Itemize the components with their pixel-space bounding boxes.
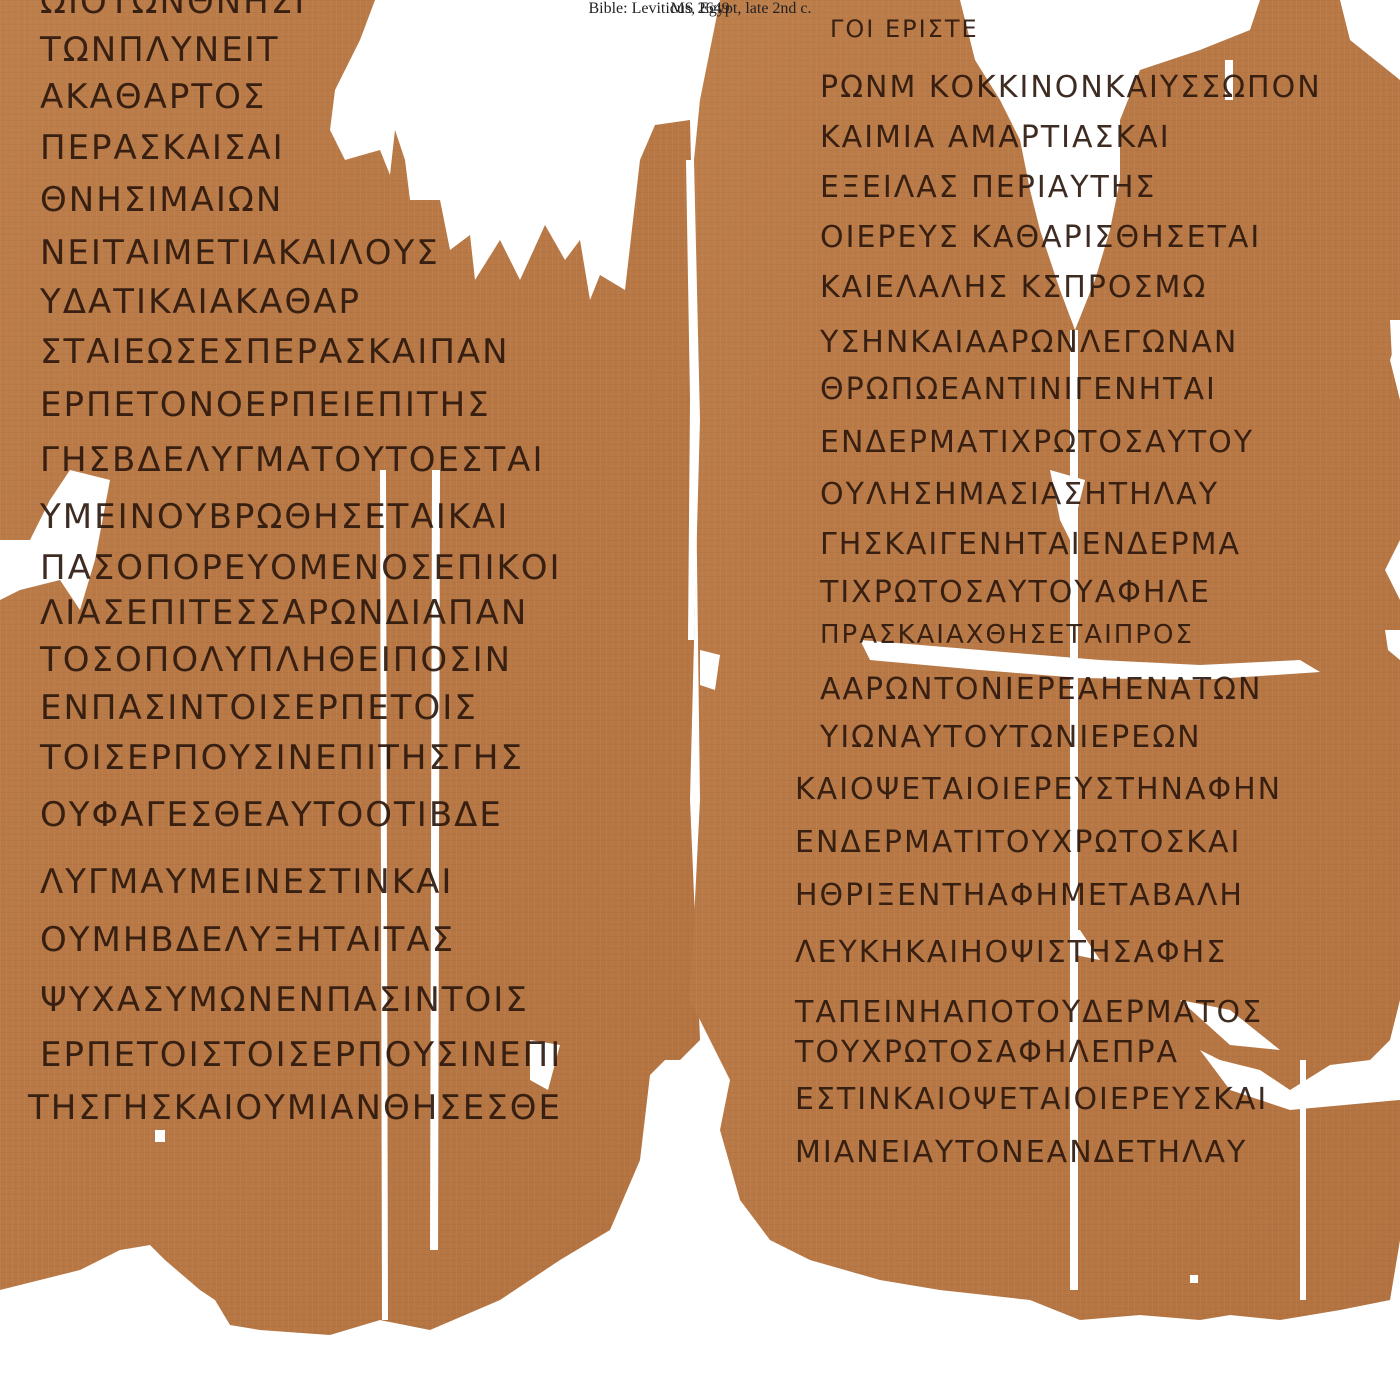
text-line: ΚΑΙΕΛΑΛΗΣ ΚΣΠΡΟΣΜΩ: [820, 270, 1207, 305]
text-line: ΥΙΩΝΑΥΤΟΥΤΩΝΙΕΡΕΩΝ: [820, 720, 1202, 755]
text-line: ΓΗΣΚΑΙΓΕΝΗΤΑΙΕΝΔΕΡΜΑ: [820, 527, 1241, 562]
text-line: ΥΜΕΙΝΟΥΒΡΩΘΗΣΕΤΑΙΚΑΙ: [40, 497, 509, 537]
text-line: ΕΝΔΕΡΜΑΤΙΤΟΥΧΡΩΤΟΣΚΑΙ: [795, 825, 1241, 860]
text-line: ΟΥΛΗΣΗΜΑΣΙΑΣΗΤΗΛΑΥ: [820, 477, 1219, 512]
text-line: ΟΥΜΗΒΔΕΛΥΞΗΤΑΙΤΑΣ: [40, 920, 455, 960]
text-line: ΗΘΡΙΞΕΝΤΗΑΦΗΜΕΤΑΒΑΛΗ: [795, 878, 1244, 913]
text-line: ΤΟΣΟΠΟΛΥΠΛΗΘΕΙΠΟΣΙΝ: [40, 640, 512, 680]
text-line: ΘΝΗΣΙΜΑΙΩΝ: [40, 180, 283, 220]
text-line: ΕΡΠΕΤΟΝΟΕΡΠΕΙΕΠΙΤΗΣ: [40, 385, 491, 425]
text-line: ΓΟΙ ΕΡΙΣΤΕ: [830, 15, 979, 43]
text-line: ΑΑΡΩΝΤΟΝΙΕΡΕΑΗΕΝΑΤΩΝ: [820, 672, 1262, 707]
text-line: ΤΗΣΓΗΣΚΑΙΟΥΜΙΑΝΘΗΣΕΣΘΕ: [28, 1088, 562, 1128]
text-line: ΡΩΝΜ ΚΟΚΚΙΝΟΝΚΑΙΥΣΣΩΠΟΝ: [820, 70, 1322, 105]
text-line: ΕΣΤΙΝΚΑΙΟΨΕΤΑΙΟΙΕΡΕΥΣΚΑΙ: [795, 1082, 1268, 1117]
text-line: ΝΕΙΤΑΙΜΕΤΙΑΚΑΙΛΟΥΣ: [40, 233, 440, 273]
text-line: ΚΑΙΜΙΑ ΑΜΑΡΤΙΑΣΚΑΙ: [820, 120, 1171, 155]
text-line: ΛΙΑΣΕΠΙΤΕΣΣΑΡΩΝΔΙΑΠΑΝ: [40, 593, 528, 633]
text-line: ΠΡΑΣΚΑΙΑΧΘΗΣΕΤΑΙΠΡΟΣ: [820, 620, 1194, 650]
text-line: ΨΥΧΑΣΥΜΩΝΕΝΠΑΣΙΝΤΟΙΣ: [40, 980, 529, 1020]
text-line: ΤΙΧΡΩΤΟΣΑΥΤΟΥΑΦΗΛΕ: [820, 575, 1211, 610]
text-line: ΟΙΕΡΕΥΣ ΚΑΘΑΡΙΣΘΗΣΕΤΑΙ: [820, 220, 1261, 255]
text-line: ΠΕΡΑΣΚΑΙΣΑΙ: [40, 128, 285, 168]
text-line: ΜΙΑΝΕΙΑΥΤΟΝΕΑΝΔΕΤΗΛΑΥ: [795, 1135, 1247, 1170]
text-line: ΑΚΑΘΑΡΤΟΣ: [40, 77, 266, 117]
text-line: ΠΑΣΟΠΟΡΕΥΟΜΕΝΟΣΕΠΙΚΟΙ: [40, 548, 562, 588]
text-line: ΟΥΦΑΓΕΣΘΕΑΥΤΟΟΤΙΒΔΕ: [40, 795, 503, 835]
text-line: ΕΞΕΙΛΑΣ ΠΕΡΙΑΥΤΗΣ: [820, 170, 1156, 205]
text-line: ΕΝΔΕΡΜΑΤΙΧΡΩΤΟΣΑΥΤΟΥ: [820, 425, 1254, 460]
text-line: ΥΣΗΝΚΑΙΑΑΡΩΝΛΕΓΩΝΑΝ: [820, 325, 1238, 360]
text-line: ΤΩΝΠΛΥΝΕΙΤ: [40, 30, 280, 70]
text-line: ΕΝΠΑΣΙΝΤΟΙΣΕΡΠΕΤΟΙΣ: [40, 688, 478, 728]
manuscript-photo: ΩΙΟΤΩΝΘΝΗΣΙ ΤΩΝΠΛΥΝΕΙΤ ΑΚΑΘΑΡΤΟΣ ΠΕΡΑΣΚΑ…: [0, 0, 1400, 1400]
text-line: ΛΥΓΜΑΥΜΕΙΝΕΣΤΙΝΚΑΙ: [40, 862, 453, 902]
text-line: ΕΡΠΕΤΟΙΣΤΟΙΣΕΡΠΟΥΣΙΝΕΠΙ: [40, 1035, 562, 1075]
text-line: ΛΕΥΚΗΚΑΙΗΟΨΙΣΤΗΣΑΦΗΣ: [795, 935, 1227, 970]
manuscript-description-caption: Bible: Leviticus, Egypt, late 2nd c.: [0, 0, 1400, 18]
text-line: ΚΑΙΟΨΕΤΑΙΟΙΕΡΕΥΣΤΗΝΑΦΗΝ: [795, 772, 1282, 807]
text-line: ΤΑΠΕΙΝΗΑΠΟΤΟΥΔΕΡΜΑΤΟΣ: [795, 995, 1263, 1030]
text-line: ΥΔΑΤΙΚΑΙΑΚΑΘΑΡ: [40, 282, 361, 322]
text-line: ΘΡΩΠΩΕΑΝΤΙΝΙΓΕΝΗΤΑΙ: [820, 372, 1217, 407]
text-line: ΣΤΑΙΕΩΣΕΣΠΕΡΑΣΚΑΙΠΑΝ: [40, 332, 510, 372]
text-line: ΓΗΣΒΔΕΛΥΓΜΑΤΟΥΤΟΕΣΤΑΙ: [40, 440, 544, 480]
text-line: ΤΟΙΣΕΡΠΟΥΣΙΝΕΠΙΤΗΣΓΗΣ: [40, 738, 524, 778]
text-line: ΤΟΥΧΡΩΤΟΣΑΦΗΛΕΠΡΑ: [795, 1035, 1179, 1070]
